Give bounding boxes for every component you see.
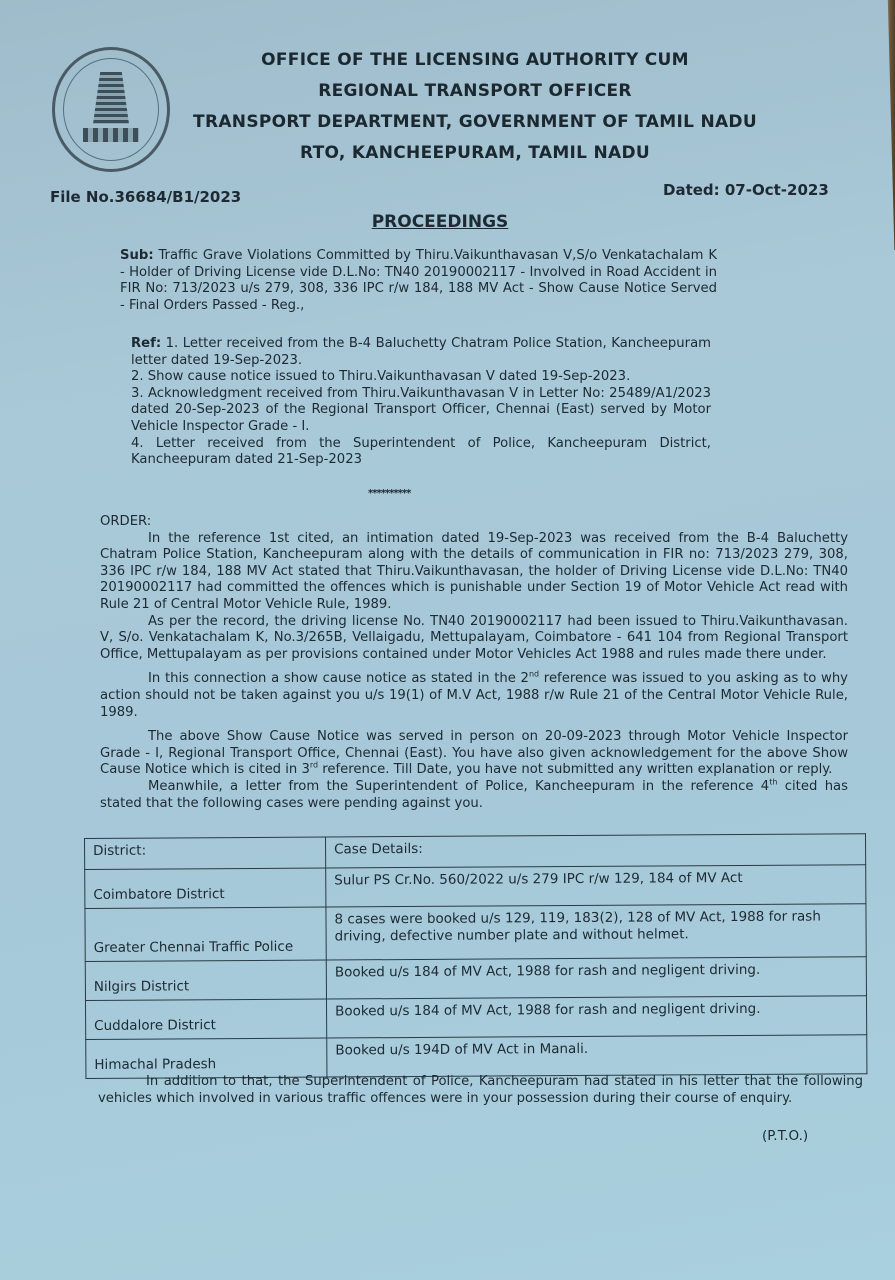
district-cell: Greater Chennai Traffic Police [85,907,326,961]
district-cell: Nilgirs District [85,960,326,1000]
pending-cases-table: District: Case Details: Coimbatore Distr… [84,833,867,1079]
order-paragraph-1: In the reference 1st cited, an intimatio… [100,531,848,614]
district-cell: Cuddalore District [85,999,326,1039]
case-details-cell: Sulur PS Cr.No. 560/2022 u/s 279 IPC r/w… [326,865,866,907]
references-block: Ref: 1. Letter received from the B-4 Bal… [131,336,711,469]
please-turn-over-note: (P.T.O.) [762,1128,808,1144]
table-row: Cuddalore District Booked u/s 184 of MV … [85,996,866,1040]
subject-label: Sub: [120,248,154,263]
column-header-case-details: Case Details: [325,834,865,868]
document-page: OFFICE OF THE LICENSING AUTHORITY CUM RE… [0,0,895,1280]
order-paragraph-5: Meanwhile, a letter from the Superintend… [100,779,848,812]
table-header-row: District: Case Details: [85,834,866,870]
reference-item-3: 3. Acknowledgment received from Thiru.Va… [131,386,711,436]
case-details-cell: Booked u/s 194D of MV Act in Manali. [327,1035,867,1077]
case-details-cell: 8 cases were booked u/s 129, 119, 183(2)… [326,904,866,960]
desk-edge [883,0,895,250]
order-paragraph-3: In this connection a show cause notice a… [100,671,848,721]
table-row: Coimbatore District Sulur PS Cr.No. 560/… [85,865,866,909]
document-date: Dated: 07-Oct-2023 [663,181,829,199]
file-number: File No.36684/B1/2023 [50,188,241,206]
district-cell: Coimbatore District [85,868,326,908]
case-details-cell: Booked u/s 184 of MV Act, 1988 for rash … [326,957,866,999]
section-separator: ********** [368,488,410,499]
references-label: Ref: [131,336,161,351]
header-location-line: RTO, KANCHEEPURAM, TAMIL NADU [140,143,810,163]
case-details-cell: Booked u/s 184 of MV Act, 1988 for rash … [326,996,866,1038]
order-paragraph-4: The above Show Cause Notice was served i… [100,729,848,779]
subject-text: Traffic Grave Violations Committed by Th… [120,248,717,313]
reference-item-2: 2. Show cause notice issued to Thiru.Vai… [131,369,711,386]
order-section: ORDER: In the reference 1st cited, an in… [100,514,848,812]
table-row: Nilgirs District Booked u/s 184 of MV Ac… [85,957,866,1001]
reference-item-4: 4. Letter received from the Superintende… [131,436,711,469]
subject-paragraph: Sub: Traffic Grave Violations Committed … [120,248,717,314]
table-row: Greater Chennai Traffic Police 8 cases w… [85,904,866,962]
closing-paragraph: In addition to that, the Superintendent … [98,1074,863,1107]
district-cell: Himachal Pradesh [86,1038,327,1078]
order-paragraph-2: As per the record, the driving license N… [100,614,848,664]
table-row: Himachal Pradesh Booked u/s 194D of MV A… [86,1035,867,1079]
header-officer-line: REGIONAL TRANSPORT OFFICER [140,81,810,101]
page-title: PROCEEDINGS [300,212,580,232]
header-department-line: TRANSPORT DEPARTMENT, GOVERNMENT OF TAMI… [140,112,810,132]
order-label: ORDER: [100,514,848,531]
header-office-line: OFFICE OF THE LICENSING AUTHORITY CUM [140,50,810,70]
reference-item-1: Ref: 1. Letter received from the B-4 Bal… [131,336,711,369]
column-header-district: District: [85,837,326,869]
